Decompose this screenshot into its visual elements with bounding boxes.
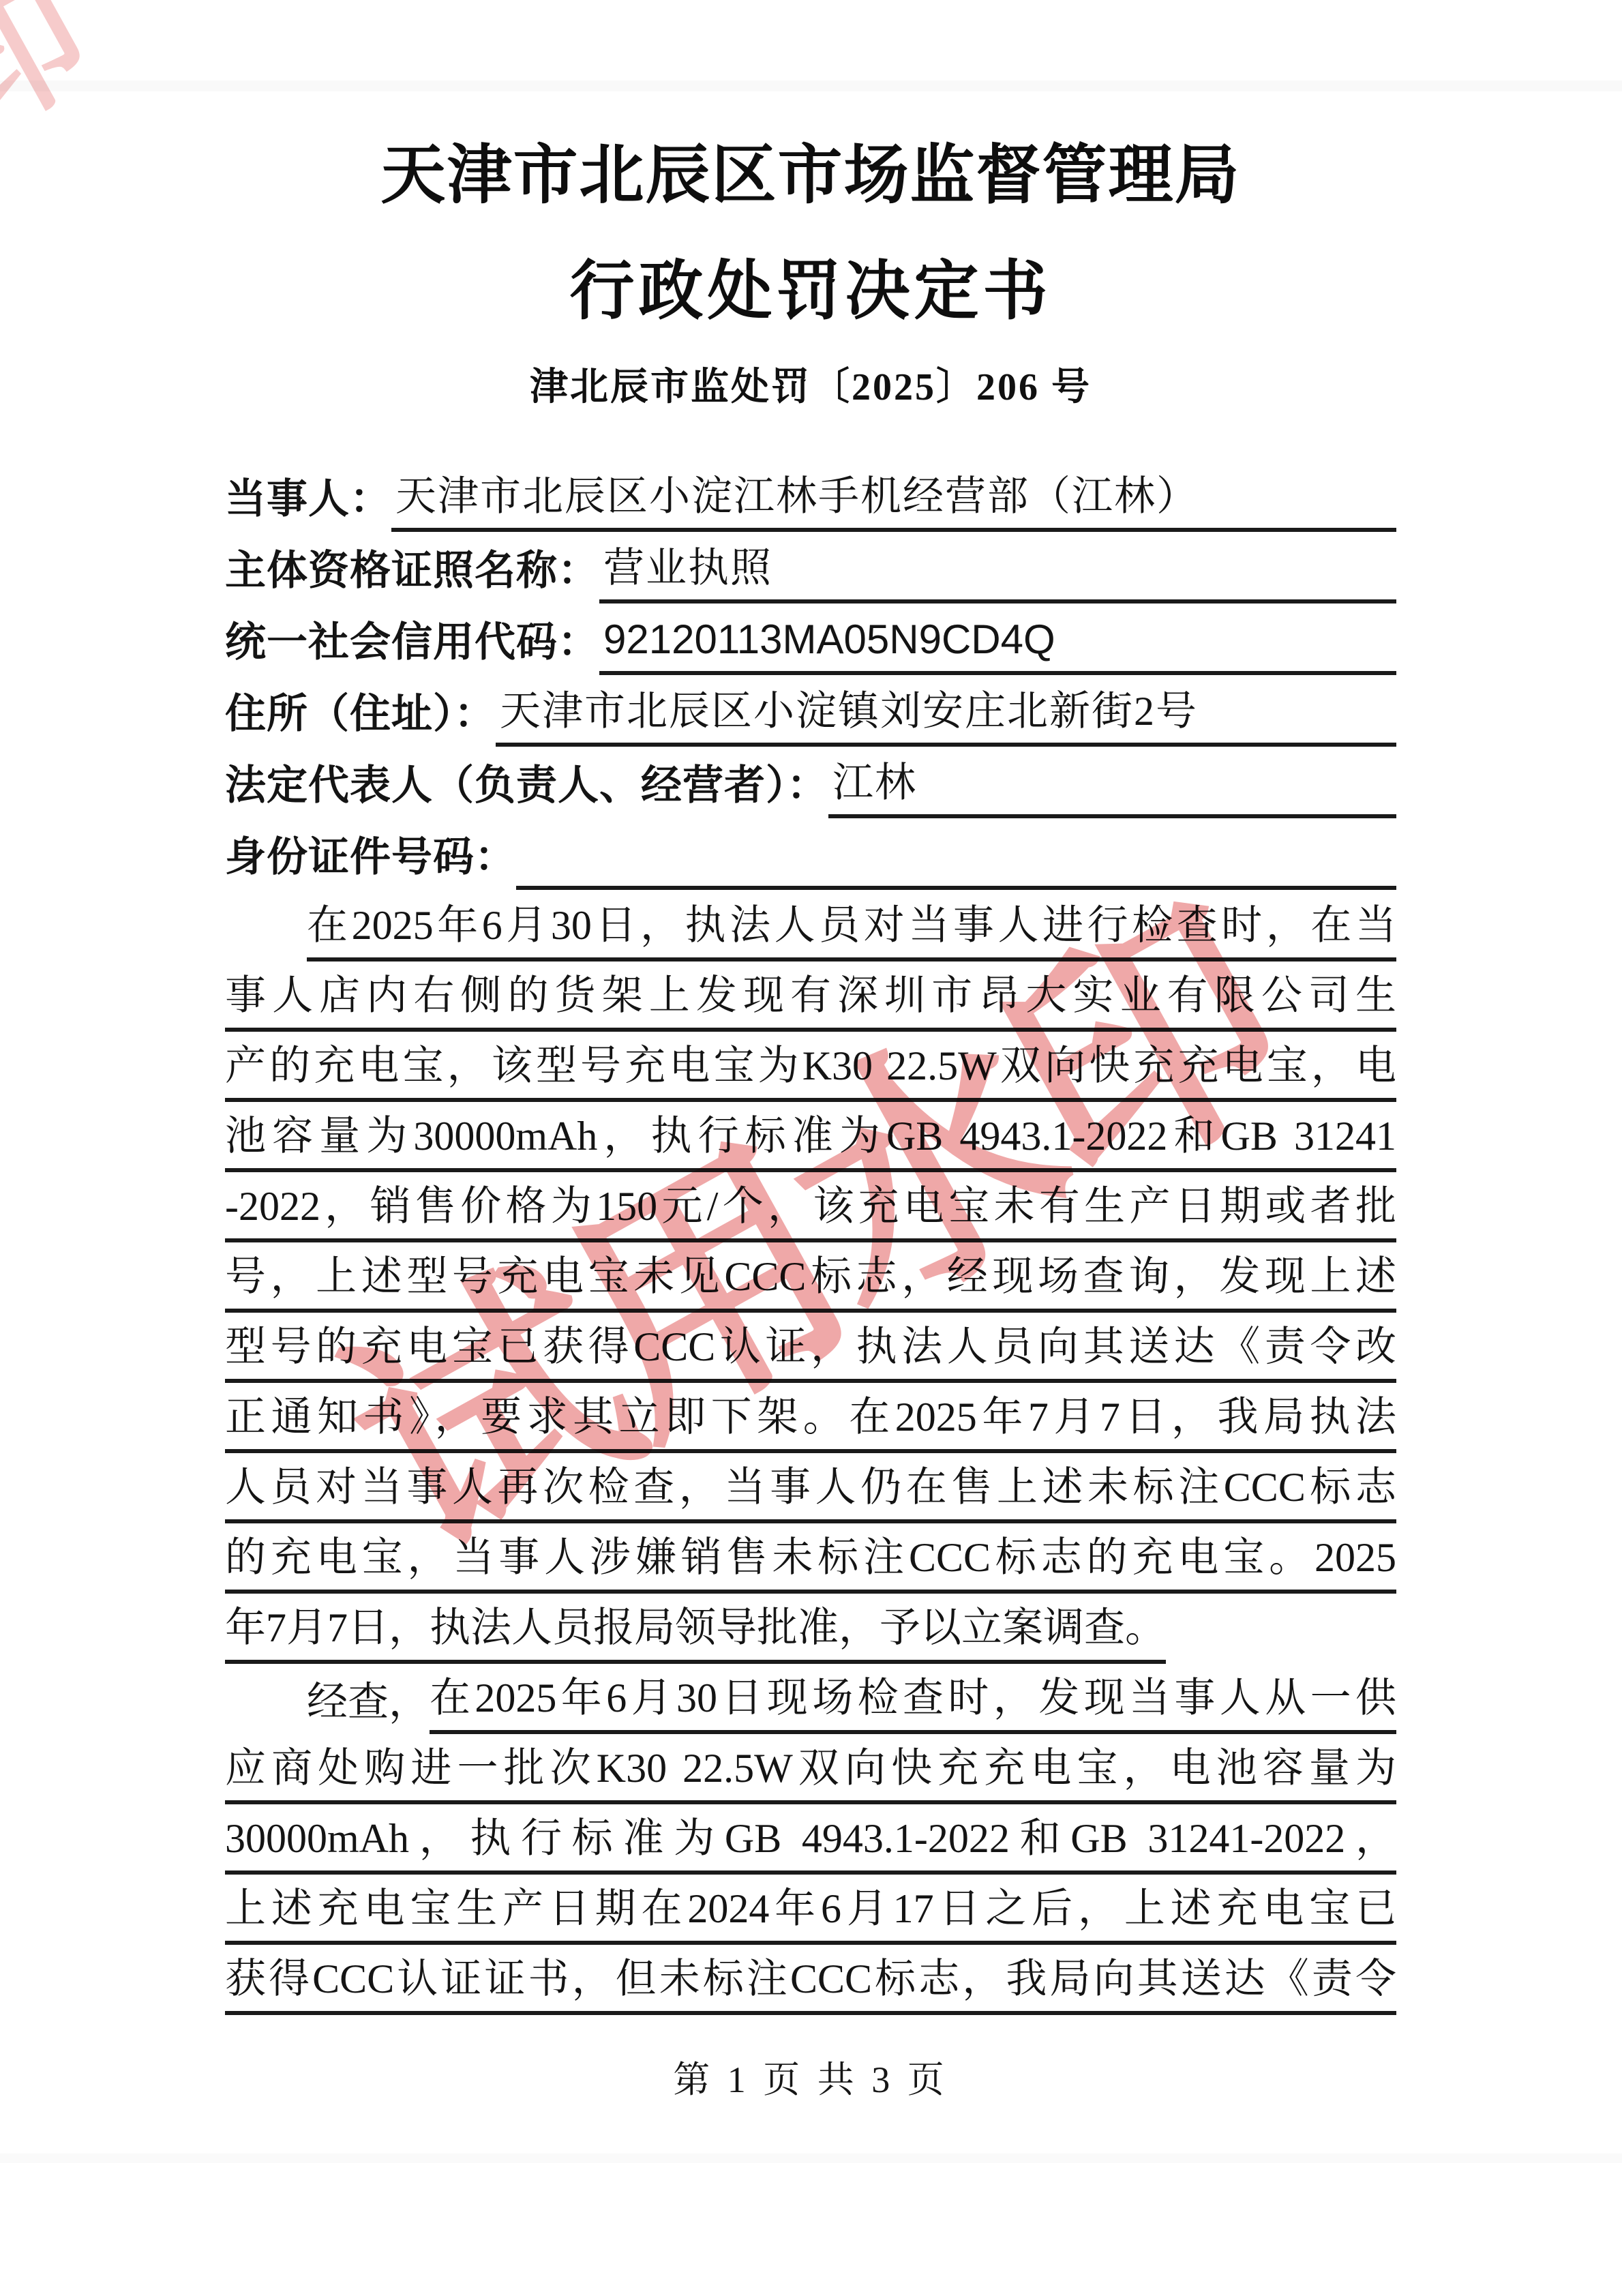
body-line-text: 应商处购进一批次K30 22.5W双向快充充电宝，电池容量为 — [225, 1743, 1396, 1804]
body-line-text: -2022，销售价格为150元/个，该充电宝未有生产日期或者批 — [225, 1181, 1396, 1242]
party-info-fields: 当事人：天津市北辰区小淀江林手机经营部（江林）主体资格证照名称：营业执照统一社会… — [225, 460, 1396, 890]
body-line-lead: 经查， — [225, 1677, 430, 1734]
body-line: 30000mAh，执行标准为GB 4943.1-2022和GB 31241-20… — [225, 1804, 1396, 1875]
field-row: 当事人：天津市北辰区小淀江林手机经营部（江林） — [225, 460, 1396, 532]
body-line-text: 号，上述型号充电宝未见CCC标志，经现场查询，发现上述 — [225, 1251, 1396, 1313]
field-label: 住所（住址）： — [225, 689, 496, 747]
body-line: 获得CCC认证证书，但未标注CCC标志，我局向其送达《责令 — [225, 1945, 1396, 2015]
trial-watermark-corner-fragment: 印 — [0, 0, 119, 172]
field-value: 营业执照 — [599, 543, 1396, 603]
body-line-text: 人员对当事人再次检查，当事人仍在售上述未标注CCC标志 — [225, 1462, 1396, 1523]
page-number-footer: 第 1 页 共 3 页 — [225, 2051, 1396, 2103]
field-value: 天津市北辰区小淀江林手机经营部（江林） — [391, 472, 1396, 532]
field-value: 天津市北辰区小淀镇刘安庄北新街2号 — [496, 687, 1396, 747]
field-row: 住所（住址）：天津市北辰区小淀镇刘安庄北新街2号 — [225, 675, 1396, 747]
field-value: 江林 — [828, 758, 1396, 818]
field-value — [516, 879, 1396, 890]
field-label: 身份证件号码： — [225, 833, 516, 890]
body-line: 号，上述型号充电宝未见CCC标志，经现场查询，发现上述 — [225, 1242, 1396, 1313]
document-type-title: 行政处罚决定书 — [225, 252, 1396, 331]
body-line-text: 上述充电宝生产日期在2024年6月17日之后，上述充电宝已 — [225, 1883, 1396, 1945]
body-line-text: 30000mAh，执行标准为GB 4943.1-2022和GB 31241-20… — [225, 1813, 1396, 1875]
body-line-lead — [225, 904, 307, 961]
scan-artifact-band — [0, 2153, 1622, 2163]
field-value: 92120113MA05N9CD4Q — [599, 615, 1396, 675]
field-row: 主体资格证照名称：营业执照 — [225, 532, 1396, 603]
body-line-text: 年7月7日，执法人员报局领导批准，予以立案调查。 — [225, 1602, 1166, 1664]
field-label: 统一社会信用代码： — [225, 618, 599, 675]
body-line: 经查，在2025年6月30日现场检查时，发现当事人从一供 — [225, 1664, 1396, 1734]
document-number: 津北辰市监处罚〔2025〕206 号 — [225, 363, 1396, 411]
body-line: 产的充电宝，该型号充电宝为K30 22.5W双向快充充电宝，电 — [225, 1032, 1396, 1102]
body-line: 池容量为30000mAh，执行标准为GB 4943.1-2022和GB 3124… — [225, 1102, 1396, 1172]
field-row: 统一社会信用代码：92120113MA05N9CD4Q — [225, 603, 1396, 675]
document-content: 天津市北辰区市场监督管理局 行政处罚决定书 津北辰市监处罚〔2025〕206 号… — [225, 0, 1396, 2103]
body-line-text: 型号的充电宝已获得CCC认证，执法人员向其送达《责令改 — [225, 1322, 1396, 1383]
body-line: 型号的充电宝已获得CCC认证，执法人员向其送达《责令改 — [225, 1313, 1396, 1383]
field-row: 法定代表人（负责人、经营者）：江林 — [225, 747, 1396, 818]
body-line-text: 的充电宝，当事人涉嫌销售未标注CCC标志的充电宝。2025 — [225, 1532, 1396, 1594]
body-line: 年7月7日，执法人员报局领导批准，予以立案调查。 — [225, 1594, 1396, 1664]
body-line-text: 在2025年6月30日，执法人员对当事人进行检查时，在当 — [307, 900, 1396, 961]
body-line: -2022，销售价格为150元/个，该充电宝未有生产日期或者批 — [225, 1172, 1396, 1242]
body-line: 在2025年6月30日，执法人员对当事人进行检查时，在当 — [225, 891, 1396, 961]
field-row: 身份证件号码： — [225, 818, 1396, 890]
field-label: 法定代表人（负责人、经营者）： — [225, 761, 828, 818]
body-line-text: 在2025年6月30日现场检查时，发现当事人从一供 — [430, 1673, 1396, 1734]
body-line: 上述充电宝生产日期在2024年6月17日之后，上述充电宝已 — [225, 1875, 1396, 1945]
body-line: 人员对当事人再次检查，当事人仍在售上述未标注CCC标志 — [225, 1453, 1396, 1523]
body-line: 事人店内右侧的货架上发现有深圳市昂大实业有限公司生 — [225, 961, 1396, 1032]
body-line: 应商处购进一批次K30 22.5W双向快充充电宝，电池容量为 — [225, 1734, 1396, 1804]
body-line: 正通知书》，要求其立即下架。在2025年7月7日，我局执法 — [225, 1383, 1396, 1453]
field-label: 当事人： — [225, 475, 391, 532]
body-line-text: 产的充电宝，该型号充电宝为K30 22.5W双向快充充电宝，电 — [225, 1041, 1396, 1102]
body-line-text: 正通知书》，要求其立即下架。在2025年7月7日，我局执法 — [225, 1392, 1396, 1453]
penalty-decision-document-page: 天津市北辰区市场监督管理局 行政处罚决定书 津北辰市监处罚〔2025〕206 号… — [0, 0, 1622, 2296]
body-line-text: 池容量为30000mAh，执行标准为GB 4943.1-2022和GB 3124… — [225, 1111, 1396, 1172]
document-body: 在2025年6月30日，执法人员对当事人进行检查时，在当事人店内右侧的货架上发现… — [225, 891, 1396, 2015]
body-line: 的充电宝，当事人涉嫌销售未标注CCC标志的充电宝。2025 — [225, 1523, 1396, 1594]
body-line-text: 事人店内右侧的货架上发现有深圳市昂大实业有限公司生 — [225, 970, 1396, 1032]
authority-title: 天津市北辰区市场监督管理局 — [225, 136, 1396, 215]
field-label: 主体资格证照名称： — [225, 546, 599, 603]
body-line-text: 获得CCC认证证书，但未标注CCC标志，我局向其送达《责令 — [225, 1954, 1396, 2015]
